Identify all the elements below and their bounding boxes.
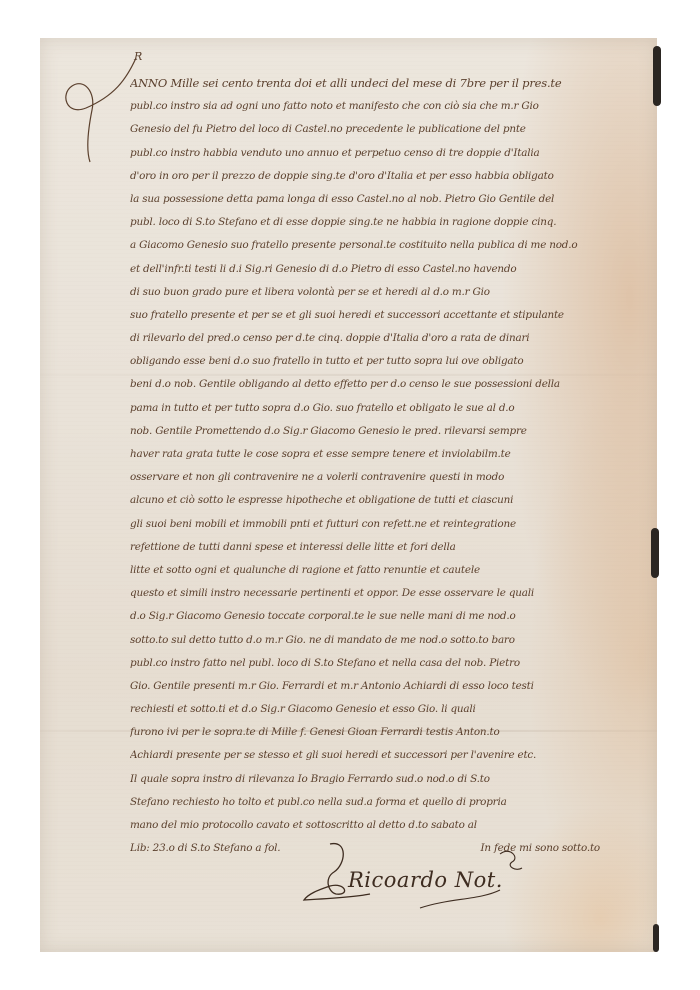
text-line: sotto.to sul detto tutto d.o m.r Gio. ne… <box>130 629 660 652</box>
text-line: Gio. Gentile presenti m.r Gio. Ferrardi … <box>130 675 660 698</box>
notary-signature: Ricoardo Not. <box>300 842 560 912</box>
signature-name: Ricoardo Not. <box>348 868 503 892</box>
text-line: mano del mio protocollo cavato et sottos… <box>130 814 660 837</box>
text-line: Achiardi presente per se stesso et gli s… <box>130 744 660 767</box>
text-line: a Giacomo Genesio suo fratello presente … <box>130 234 660 257</box>
text-line: publ.co instro habbia venduto uno annuo … <box>130 142 660 165</box>
text-line: d'oro in oro per il prezzo de doppie sin… <box>130 165 660 188</box>
text-line: refettione de tutti danni spese et inter… <box>130 536 660 559</box>
text-line: publ. loco di S.to Stefano et di esse do… <box>130 211 660 234</box>
text-line: Stefano rechiesto ho tolto et publ.co ne… <box>130 791 660 814</box>
manuscript-text: ANNO Mille sei cento trenta doi et alli … <box>130 72 660 860</box>
text-line: nob. Gentile Promettendo d.o Sig.r Giaco… <box>130 420 660 443</box>
text-line: haver rata grata tutte le cose sopra et … <box>130 443 660 466</box>
text-line: osservare et non gli contravenire ne a v… <box>130 466 660 489</box>
text-line: ANNO Mille sei cento trenta doi et alli … <box>130 72 660 95</box>
text-line: furono ivi per le sopra.te di Mille f. G… <box>130 721 660 744</box>
text-line: et dell'infr.ti testi li d.i Sig.ri Gene… <box>130 258 660 281</box>
text-line: la sua possessione detta pama longa di e… <box>130 188 660 211</box>
text-line: di suo buon grado pure et libera volontà… <box>130 281 660 304</box>
marginal-mark: R <box>133 50 142 63</box>
text-line: di rilevarlo del pred.o censo per d.te c… <box>130 327 660 350</box>
text-line: pama in tutto et per tutto sopra d.o Gio… <box>130 397 660 420</box>
text-line: rechiesti et sotto.ti et d.o Sig.r Giaco… <box>130 698 660 721</box>
text-line: questo et simili instro necessarie perti… <box>130 582 660 605</box>
text-line: obligando esse beni d.o suo fratello in … <box>130 350 660 373</box>
text-line: d.o Sig.r Giacomo Genesio toccate corpor… <box>130 605 660 628</box>
text-line: suo fratello presente et per se et gli s… <box>130 304 660 327</box>
register-reference: Lib: 23.o di S.to Stefano a fol. <box>130 837 280 860</box>
text-line: Genesio del fu Pietro del loco di Castel… <box>130 118 660 141</box>
text-line: Il quale sopra instro di rilevanza Io Br… <box>130 768 660 791</box>
torn-edge <box>653 924 659 952</box>
text-line: publ.co instro sia ad ogni uno fatto not… <box>130 95 660 118</box>
text-line: beni d.o nob. Gentile obligando al detto… <box>130 373 660 396</box>
text-line: publ.co instro fatto nel publ. loco di S… <box>130 652 660 675</box>
text-line: gli suoi beni mobili et immobili pnti et… <box>130 513 660 536</box>
text-line: litte et sotto ogni et qualunche di ragi… <box>130 559 660 582</box>
text-line: alcuno et ciò sotto le espresse hipothec… <box>130 489 660 512</box>
